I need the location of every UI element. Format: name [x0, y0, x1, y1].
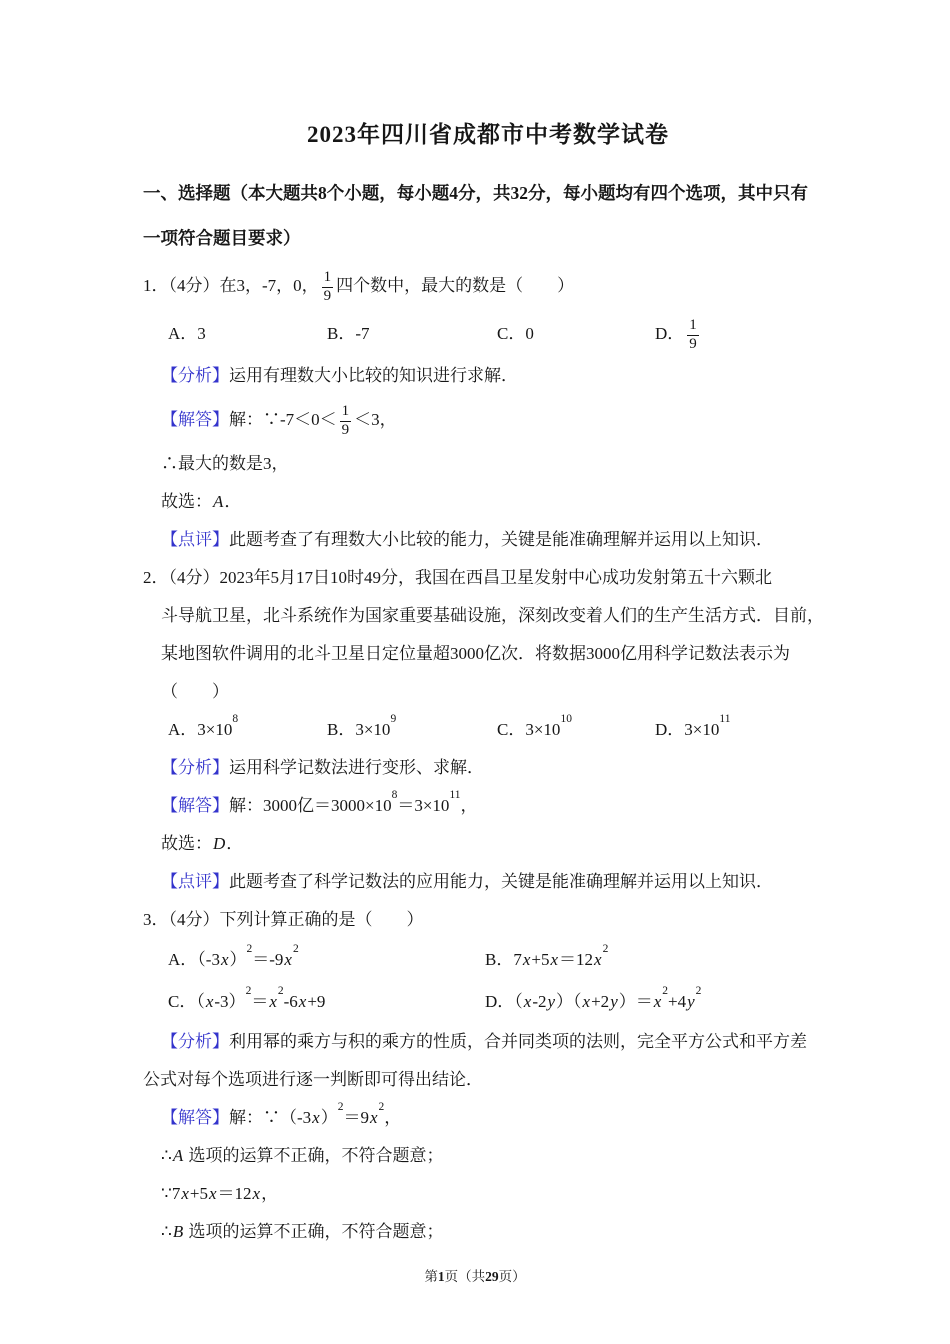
q3-options-row-2: C．（x-3）2＝x2-6x+9 D．（x-2y）（x+2y）＝x2+4y2 — [143, 981, 833, 1023]
q1-option-c: C．0 — [497, 311, 655, 357]
page-footer: 第1页（共29页） — [0, 1267, 950, 1287]
q3-option-c: C．（x-3）2＝x2-6x+9 — [168, 981, 485, 1023]
q1-solution-line-2: ∴最大的数是3， — [143, 445, 833, 483]
q1-option-a: A．3 — [168, 311, 327, 357]
section-header-line-1: 一、选择题（本大题共8个小题，每小题4分，共32分，每小题均有四个选项，其中只有 — [143, 171, 833, 216]
q2-stem-line-3: 某地图软件调用的北斗卫星日定位量超3000亿次．将数据3000亿用科学记数法表示… — [143, 635, 833, 673]
question-2: 2．（4分）2023年5月17日10时49分，我国在西昌卫星发射中心成功发射第五… — [143, 559, 833, 901]
answer-label: 【解答】 — [161, 796, 229, 815]
answer-label: 【解答】 — [161, 1108, 229, 1127]
q1-option-d: D．19 — [655, 311, 833, 357]
fraction: 19 — [322, 269, 334, 305]
q2-comment-line: 【点评】此题考查了科学记数法的应用能力，关键是能准确理解并运用以上知识． — [143, 863, 833, 901]
q2-option-d: D．3×1011 — [655, 711, 833, 749]
fraction: 19 — [340, 403, 352, 439]
q1-options: A．3 B．-7 C．0 D．19 — [143, 311, 833, 357]
q2-analysis-text: 运用科学记数法进行变形、求解． — [229, 758, 484, 777]
q3-analysis-text-1: 利用幂的乘方与积的乘方的性质，合并同类项的法则，完全平方公式和平方差 — [229, 1032, 807, 1051]
q2-solution-line-2: 故选：D． — [143, 825, 833, 863]
q2-solution-line-1: 【解答】解：3000亿＝3000×108＝3×1011， — [143, 787, 833, 825]
analysis-label: 【分析】 — [161, 366, 229, 385]
q3-analysis-line-2: 公式对每个选项进行逐一判断即可得出结论． — [143, 1061, 833, 1099]
q3-solution-line-4: ∴B 选项的运算不正确，不符合题意； — [143, 1213, 833, 1251]
fraction: 19 — [687, 317, 699, 353]
analysis-label: 【分析】 — [161, 1032, 229, 1051]
question-3: 3．（4分）下列计算正确的是（ ） A．（-3x）2＝-9x2 B．7x+5x＝… — [143, 901, 833, 1251]
q2-solution-text-1: 解：3000亿＝3000×108＝3×1011， — [229, 796, 478, 815]
comment-label: 【点评】 — [161, 530, 229, 549]
q1-solution-line-1: 【解答】解：∵-7＜0＜19＜3， — [143, 395, 833, 445]
comment-label: 【点评】 — [161, 872, 229, 891]
exam-page: 2023年四川省成都市中考数学试卷 一、选择题（本大题共8个小题，每小题4分，共… — [0, 0, 950, 1251]
q3-solution-line-2: ∴A 选项的运算不正确，不符合题意； — [143, 1137, 833, 1175]
q3-option-a: A．（-3x）2＝-9x2 — [168, 939, 485, 981]
q3-analysis-line-1: 【分析】利用幂的乘方与积的乘方的性质，合并同类项的法则，完全平方公式和平方差 — [143, 1023, 833, 1061]
q1-solution-text-1: 解：∵-7＜0＜19＜3， — [229, 410, 397, 429]
q1-solution-line-3: 故选：A． — [143, 483, 833, 521]
q2-option-c: C．3×1010 — [497, 711, 655, 749]
q1-option-b: B．-7 — [327, 311, 497, 357]
q2-option-b: B．3×109 — [327, 711, 497, 749]
q1-stem: 1．（4分）在3，-7，0，19四个数中，最大的数是（ ） — [143, 261, 833, 311]
q3-option-b: B．7x+5x＝12x2 — [485, 939, 833, 981]
analysis-label: 【分析】 — [161, 758, 229, 777]
q1-comment-line: 【点评】此题考查了有理数大小比较的能力，关键是能准确理解并运用以上知识． — [143, 521, 833, 559]
q2-comment-text: 此题考查了科学记数法的应用能力，关键是能准确理解并运用以上知识． — [229, 872, 773, 891]
section-header-line-2: 一项符合题目要求） — [143, 216, 833, 261]
q3-solution-line-1: 【解答】解：∵（-3x）2＝9x2， — [143, 1099, 833, 1137]
q3-solution-text-1: 解：∵（-3x）2＝9x2， — [229, 1108, 401, 1127]
q2-analysis-line: 【分析】运用科学记数法进行变形、求解． — [143, 749, 833, 787]
q2-options: A．3×108 B．3×109 C．3×1010 D．3×1011 — [143, 711, 833, 749]
q3-stem: 3．（4分）下列计算正确的是（ ） — [143, 901, 833, 939]
answer-label: 【解答】 — [161, 410, 229, 429]
page-title: 2023年四川省成都市中考数学试卷 — [143, 116, 833, 149]
q2-stem-line-2: 斗导航卫星，北斗系统作为国家重要基础设施，深刻改变着人们的生产生活方式．目前， — [143, 597, 833, 635]
q2-stem-line-1: 2．（4分）2023年5月17日10时49分，我国在西昌卫星发射中心成功发射第五… — [143, 559, 833, 597]
q3-solution-line-3: ∵7x+5x＝12x， — [143, 1175, 833, 1213]
q1-comment-text: 此题考查了有理数大小比较的能力，关键是能准确理解并运用以上知识． — [229, 530, 773, 549]
q3-options-row-1: A．（-3x）2＝-9x2 B．7x+5x＝12x2 — [143, 939, 833, 981]
q3-option-d: D．（x-2y）（x+2y）＝x2+4y2 — [485, 981, 833, 1023]
question-1: 1．（4分）在3，-7，0，19四个数中，最大的数是（ ） A．3 B．-7 C… — [143, 261, 833, 559]
q1-analysis-text: 运用有理数大小比较的知识进行求解． — [229, 366, 518, 385]
q2-option-a: A．3×108 — [168, 711, 327, 749]
q2-stem-line-4: （ ） — [143, 673, 833, 711]
q1-analysis-line: 【分析】运用有理数大小比较的知识进行求解． — [143, 357, 833, 395]
